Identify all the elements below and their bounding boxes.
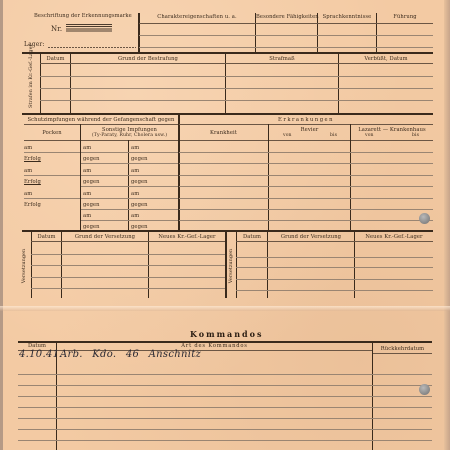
versetzung-col-lager: Neues Kr.-Gef.-Lager [355,234,433,240]
strafen-col-verbuesst: Verbüßt, Datum [339,56,433,62]
row-line [179,163,433,164]
strafen-col-strafmass: Strafmaß [226,56,338,62]
scan-left-edge [0,0,3,450]
row-line [236,290,433,291]
section-divider [22,113,433,115]
header-line [40,63,433,64]
kommando-col-rueckkehr: Rückkehrdatum [373,346,432,352]
col-divider [80,124,81,230]
col-faehigkeiten: Besondere Fähigkeiten [256,14,317,20]
section-divider [22,230,433,232]
pocken-row: am [24,145,32,151]
pocken-row: Erfolg [24,202,41,208]
row-line [31,265,225,266]
lazarett-von: von [365,133,374,139]
section-divider [22,52,433,54]
sonstige-row: am [131,168,139,174]
row-line [40,88,433,89]
versetzung-col-grund: Grund der Versetzung [62,234,148,240]
row-line [31,288,225,289]
punch-hole [419,213,430,224]
col-divider [225,53,226,113]
sonstige-row: am [83,145,91,151]
versetzung-col-lager: Neues Kr.-Gef.-Lager [149,234,225,240]
header-line [179,124,433,125]
sonstige-row: gegen [131,179,148,185]
erkennungsmarke-label: Beschriftung der Erkennungsmarke [34,13,132,19]
impfungen-title: Schutzimpfungen während der Gefangenscha… [24,117,178,123]
pocken-row: am [24,191,32,197]
revier-header: Revier [269,127,350,133]
krankheit-header: Krankheit [179,130,268,136]
pocken-row: Erfolg [24,179,41,185]
row-line [81,186,178,187]
header-line [24,124,178,125]
row-line [179,220,433,221]
col-sprachkenntnisse: Sprachkenntnisse [318,14,376,20]
paper-fold [0,306,450,311]
row-line [18,385,432,386]
header-line [31,241,225,242]
revier-bis: bis [330,133,337,139]
row-line [236,267,433,268]
strafen-side-label: Strafen im Kr.-Gef.-Lager [28,58,34,108]
sonstige-row: am [131,145,139,151]
row-line [18,418,432,419]
row-line [31,254,225,255]
header-line [24,140,433,141]
row-line [31,277,225,278]
row-line [18,396,432,397]
row-line [139,35,433,36]
row-line [81,175,178,176]
kommando-entry-datum: 4.10.41. [19,349,63,360]
row-line [18,440,432,441]
row-line [24,152,80,153]
lazarett-header: Lazarett — Krankenhaus [351,127,433,133]
sonstige-row: gegen [83,202,100,208]
revier-von: von [283,133,292,139]
col-divider [70,53,71,113]
lager-field-line[interactable] [48,47,136,48]
strafen-col-datum: Datum [41,56,70,62]
col-divider [338,53,339,113]
row-line [139,47,433,48]
row-line [236,257,433,258]
header-line [236,241,433,242]
nr-field-lines [66,24,112,33]
row-line [40,100,433,101]
sonstige-row: gegen [83,156,100,162]
row-line [81,163,178,164]
scan-right-edge [444,0,450,450]
row-line [81,152,178,153]
sonstige-sub: (Ty-Paraty, Ruhr, Cholera usw.) [81,133,178,139]
col-divider [225,231,227,298]
row-line [24,175,80,176]
pocken-row: Erfolg [24,156,41,162]
row-line [24,198,80,199]
row-line [18,374,432,375]
col-divider [268,124,269,230]
row-line [179,152,433,153]
strafen-col-grund: Grund der Bestrafung [71,56,225,62]
col-charakter: Charaktereigenschaften u. a. [139,14,255,20]
row-line [81,220,178,221]
row-line [179,198,433,199]
sonstige-row: am [83,191,91,197]
row-line [81,209,178,210]
col-divider [40,53,41,113]
erkrankungen-title: Erkrankungen [179,117,433,123]
sonstige-row: gegen [131,202,148,208]
nr-label: Nr. [51,26,62,32]
sonstige-row: am [83,213,91,219]
versetzung-col-datum: Datum [32,234,61,240]
row-line [40,76,433,77]
versetzung-col-datum: Datum [237,234,267,240]
versetzung-col-grund: Grund der Versetzung [268,234,354,240]
row-line [18,407,432,408]
header-line [373,353,432,354]
row-line [18,429,432,430]
punch-hole [419,384,430,395]
col-divider [128,140,129,230]
lazarett-bis: bis [412,133,419,139]
row-line [179,175,433,176]
sonstige-row: am [83,168,91,174]
versetzungen-side-label-right: Versetzungen [228,240,234,292]
row-line [179,209,433,210]
col-divider [350,124,351,230]
versetzungen-side-label-left: Versetzungen [21,240,27,292]
row-line [179,186,433,187]
sonstige-row: gegen [131,156,148,162]
row-line [139,23,433,24]
row-line [236,279,433,280]
pocken-row: am [24,168,32,174]
col-fuehrung: Führung [377,14,433,20]
kommandos-title: Kommandos [190,329,263,339]
pocken-header: Pocken [24,130,80,136]
kommando-entry-art: Arb. Kdo. 46 Anschnitz [60,349,201,360]
sonstige-row: gegen [83,179,100,185]
sonstige-row: am [131,213,139,219]
row-line [81,198,178,199]
sonstige-row: am [131,191,139,197]
